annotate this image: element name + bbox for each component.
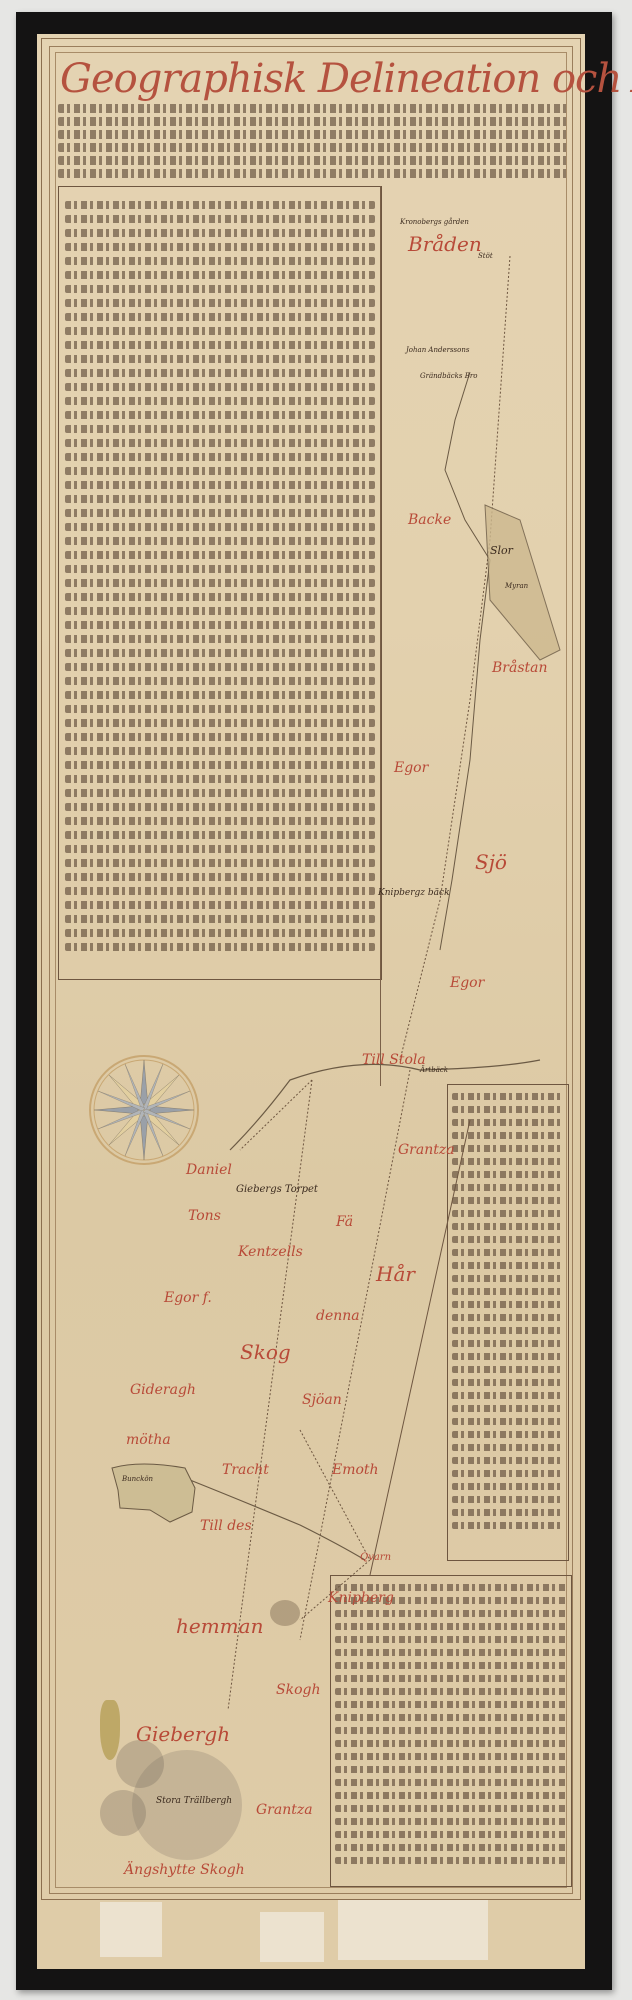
map-label: Grantza xyxy=(398,1142,455,1158)
wax-seal-stain xyxy=(100,1700,120,1760)
map-linework xyxy=(0,0,632,2000)
paper-tear xyxy=(100,1902,162,1957)
map-label: Backe xyxy=(408,512,451,528)
place-label: Stora Trällbergh xyxy=(156,1796,232,1806)
place-label: Giebergs Torpet xyxy=(236,1184,318,1195)
map-label: hemman xyxy=(176,1614,263,1638)
place-label: Slor xyxy=(490,544,513,557)
map-label: Bråstan xyxy=(492,660,548,676)
map-label: Till des xyxy=(200,1518,252,1534)
map-label: Sjöan xyxy=(302,1392,342,1408)
place-label: Knipbergz bäck xyxy=(378,888,450,898)
compass-rose-icon xyxy=(88,1054,200,1166)
map-label: Grantza xyxy=(256,1802,313,1818)
map-label: Hår xyxy=(376,1262,415,1286)
place-label: Ärtbäck xyxy=(420,1066,448,1074)
place-label: Myran xyxy=(505,582,528,590)
map-label: Sjö xyxy=(475,850,507,874)
map-label: Skogh xyxy=(276,1682,320,1698)
map-label: Fä xyxy=(336,1214,353,1230)
map-label: Egor f. xyxy=(164,1290,212,1306)
map-label: mötha xyxy=(126,1432,171,1448)
map-label: Till Stola xyxy=(362,1052,426,1068)
map-label: Qvarn xyxy=(360,1552,391,1563)
map-label: Gideragh xyxy=(130,1382,196,1398)
place-label: Bunckön xyxy=(122,1475,153,1483)
map-label: Knipberg xyxy=(328,1590,394,1606)
place-label: Kronobergs gården xyxy=(400,218,469,226)
map-label: Kentzells xyxy=(238,1244,303,1260)
map-label: Egor xyxy=(450,975,484,991)
place-label: Grändbäcks Bro xyxy=(420,372,477,380)
map-label: Emoth xyxy=(332,1462,379,1478)
map-label: Tracht xyxy=(222,1462,269,1478)
map-label: Bråden xyxy=(408,232,482,256)
map-label: Egor xyxy=(394,760,428,776)
map-label: Daniel xyxy=(186,1162,232,1178)
map-label: Skog xyxy=(240,1340,291,1364)
place-label: Johan Anderssons xyxy=(406,346,469,354)
map-label: denna xyxy=(316,1308,360,1324)
paper-tear xyxy=(260,1912,324,1962)
map-label: Ängshytte Skogh xyxy=(124,1862,245,1878)
paper-stain xyxy=(270,1600,300,1626)
place-label: Stöt xyxy=(478,252,493,260)
paper-tear xyxy=(338,1900,488,1960)
map-label: Tons xyxy=(188,1208,221,1224)
map-label: Giebergh xyxy=(136,1722,230,1746)
